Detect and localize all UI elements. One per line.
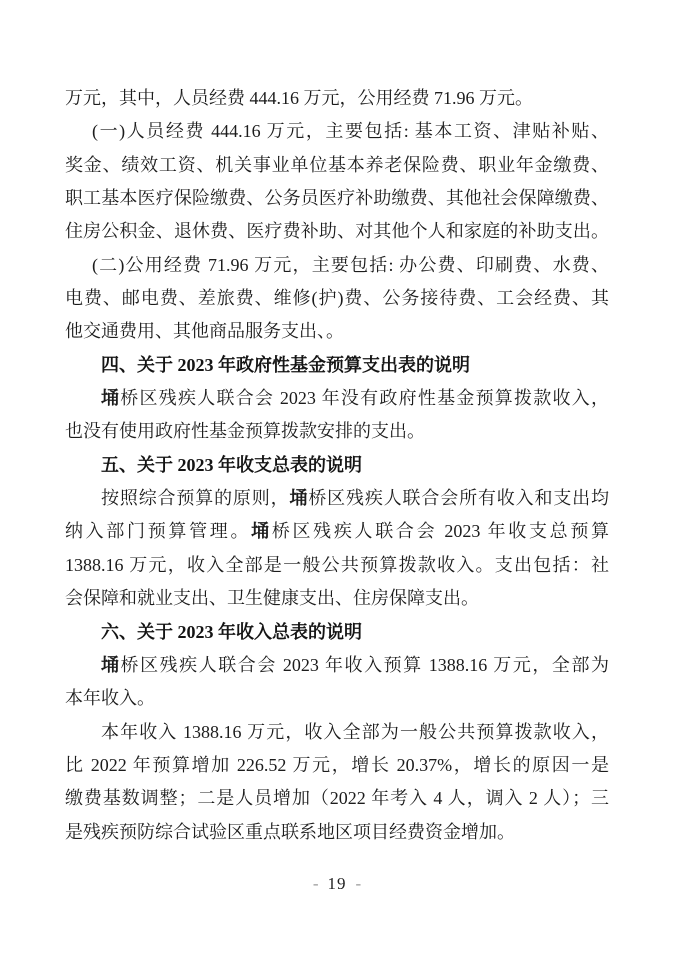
footer-dash-left: - <box>313 874 319 893</box>
text-line: 住房公积金、退休费、医疗费补助、对其他个人和家庭的补助支出。 <box>65 215 609 248</box>
text-line: 职工基本医疗保险缴费、公务员医疗补助缴费、其他社会保障缴费、 <box>65 182 609 215</box>
text-line: 电费、邮电费、差旅费、维修(护)费、公务接待费、工会经费、其 <box>65 282 609 315</box>
footer-dash-right: - <box>356 874 362 893</box>
text-line: 奖金、绩效工资、机关事业单位基本养老保险费、职业年金缴费、 <box>65 149 609 182</box>
text-line: 会保障和就业支出、卫生健康支出、住房保障支出。 <box>65 582 609 615</box>
section-heading: 四、关于 2023 年政府性基金预算支出表的说明 <box>65 349 609 382</box>
text-line: 万元，其中，人员经费 444.16 万元，公用经费 71.96 万元。 <box>65 82 609 115</box>
substituted-font-char: 埇 <box>289 488 308 508</box>
document-body: 万元，其中，人员经费 444.16 万元，公用经费 71.96 万元。(一)人员… <box>65 82 609 849</box>
page-number: 19 <box>328 874 347 893</box>
text-line: 缴费基数调整；二是人员增加（2022 年考入 4 人，调入 2 人）；三 <box>65 782 609 815</box>
text-line: 本年收入。 <box>65 682 609 715</box>
substituted-font-char: 埇 <box>101 388 120 408</box>
text-line: (二)公用经费 71.96 万元，主要包括: 办公费、印刷费、水费、 <box>65 249 609 282</box>
text-line: 他交通费用、其他商品服务支出、。 <box>65 315 609 348</box>
document-page: 万元，其中，人员经费 444.16 万元，公用经费 71.96 万元。(一)人员… <box>0 0 674 954</box>
text-line: (一)人员经费 444.16 万元，主要包括: 基本工资、津贴补贴、 <box>65 115 609 148</box>
substituted-font-char: 埇 <box>251 521 272 541</box>
text-line: 纳入部门预算管理。埇桥区残疾人联合会 2023 年收支总预算 <box>65 515 609 548</box>
text-line: 按照综合预算的原则，埇桥区残疾人联合会所有收入和支出均 <box>65 482 609 515</box>
text-line: 是残疾预防综合试验区重点联系地区项目经费资金增加。 <box>65 816 609 849</box>
page-footer: -19- <box>0 872 674 896</box>
text-line: 埇桥区残疾人联合会 2023 年收入预算 1388.16 万元，全部为 <box>65 649 609 682</box>
text-line: 本年收入 1388.16 万元，收入全部为一般公共预算拨款收入， <box>65 716 609 749</box>
text-line: 比 2022 年预算增加 226.52 万元，增长 20.37%，增长的原因一是 <box>65 749 609 782</box>
section-heading: 五、关于 2023 年收支总表的说明 <box>65 449 609 482</box>
substituted-font-char: 埇 <box>101 655 121 675</box>
text-line: 埇桥区残疾人联合会 2023 年没有政府性基金预算拨款收入， <box>65 382 609 415</box>
section-heading: 六、关于 2023 年收入总表的说明 <box>65 616 609 649</box>
text-line: 也没有使用政府性基金预算拨款安排的支出。 <box>65 415 609 448</box>
text-line: 1388.16 万元，收入全部是一般公共预算拨款收入。支出包括：社 <box>65 549 609 582</box>
